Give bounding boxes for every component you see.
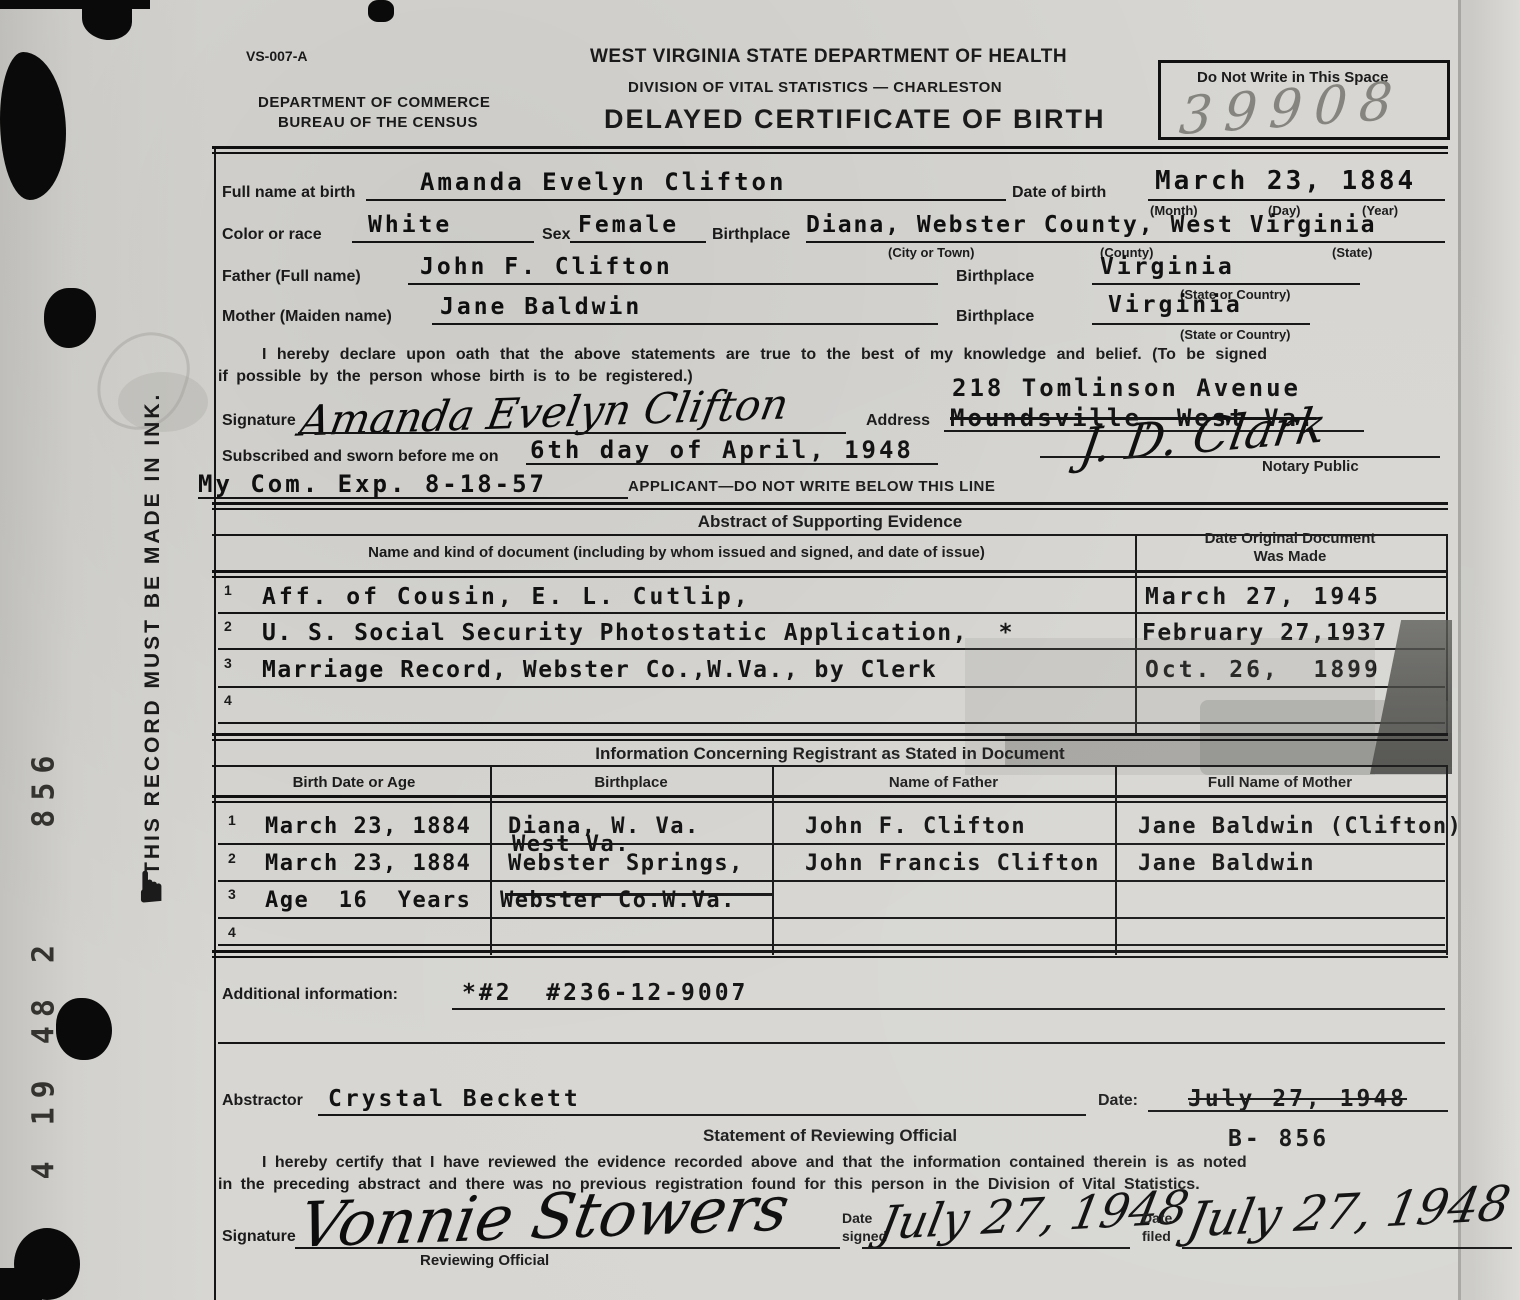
- evidence-row-date: Oct. 26, 1899: [1145, 657, 1381, 683]
- date-signed-line: [862, 1247, 1130, 1249]
- race-value: White: [368, 212, 452, 238]
- evidence-top-rule: [212, 502, 1448, 510]
- father-value: John F. Clifton: [420, 254, 673, 280]
- father-bp-line: [1092, 283, 1360, 285]
- evidence-row-line: [218, 722, 1445, 724]
- registrant-father: John Francis Clifton: [805, 851, 1100, 876]
- address-line1-value: 218 Tomlinson Avenue: [952, 374, 1301, 402]
- registrant-birth: March 23, 1884: [265, 851, 471, 876]
- punch-hole-lower-left: [56, 998, 112, 1060]
- declaration-line2: if possible by the person whose birth is…: [218, 368, 693, 386]
- top-mark: [368, 0, 394, 22]
- evidence-row-line: [218, 686, 1445, 688]
- sworn-line: [526, 463, 938, 465]
- registrant-divider-3: [1115, 765, 1117, 955]
- father-line: [408, 283, 938, 285]
- additional-info-line-2: [218, 1042, 1445, 1044]
- sex-value: Female: [578, 212, 679, 238]
- reviewing-official-sub: Reviewing Official: [420, 1252, 549, 1269]
- bp-sub-city: (City or Town): [888, 245, 974, 260]
- review-section-title: Statement of Reviewing Official: [212, 1126, 1448, 1146]
- mother-value: Jane Baldwin: [440, 294, 642, 320]
- registrant-row-num: 3: [228, 886, 236, 902]
- registrant-row-num: 4: [228, 924, 236, 940]
- father-label: Father (Full name): [222, 268, 361, 286]
- commission-value: My Com. Exp. 8-18-57: [198, 470, 547, 498]
- dob-value: March 23, 1884: [1155, 166, 1416, 196]
- mother-bp-sub: (State or Country): [1180, 327, 1291, 342]
- registrant-row-line: [218, 944, 1445, 946]
- registrant-section-title: Information Concerning Registrant as Sta…: [212, 744, 1448, 764]
- registrant-birthplace: Webster Co.W.Va.: [500, 888, 736, 913]
- birthplace-value: Diana, Webster County, West Virginia: [806, 212, 1377, 238]
- do-not-write-box: Do Not Write in This Space 39908: [1158, 60, 1450, 140]
- evidence-row-num: 4: [224, 692, 232, 708]
- father-bp-label: Birthplace: [956, 268, 1034, 286]
- evidence-col-divider: [1135, 534, 1137, 734]
- registrant-birth: Age 16 Years: [265, 888, 471, 913]
- mother-label: Mother (Maiden name): [222, 308, 392, 326]
- additional-info-value: *#2 #236-12-9007: [462, 980, 748, 1006]
- date-value: July 27, 1948: [1188, 1086, 1407, 1112]
- form-number: VS-007-A: [246, 48, 307, 64]
- notary-line: [1040, 456, 1440, 458]
- evidence-row-document: Marriage Record, Webster Co.,W.Va., by C…: [262, 657, 937, 683]
- scanned-birth-certificate: THIS RECORD MUST BE MADE IN INK. ☛ 4 19 …: [0, 0, 1520, 1300]
- agency-title: WEST VIRGINIA STATE DEPARTMENT OF HEALTH: [590, 46, 1067, 68]
- ink-notice-vertical: THIS RECORD MUST BE MADE IN INK.: [141, 405, 165, 875]
- date-filed-label-2: filed: [1142, 1228, 1171, 1244]
- bp-sub-state: (State): [1332, 245, 1372, 260]
- date-filed-line: [1182, 1247, 1512, 1249]
- birthplace-label: Birthplace: [712, 226, 790, 244]
- notary-title: Notary Public: [1262, 458, 1359, 475]
- registrant-mother: Jane Baldwin (Clifton): [1138, 814, 1462, 839]
- evidence-row-num: 1: [224, 582, 232, 598]
- registrant-bottom-rule: [212, 950, 1448, 958]
- registrant-row-line: [218, 917, 1445, 919]
- date-line: [1148, 1110, 1448, 1112]
- registrant-title-rule: [212, 765, 1448, 767]
- evidence-row-date: February 27,1937: [1142, 620, 1388, 646]
- department-line1: DEPARTMENT OF COMMERCE: [258, 94, 490, 111]
- punch-hole-top-left: [0, 52, 66, 200]
- registrant-col-father: Name of Father: [772, 774, 1115, 791]
- header-rule: [212, 146, 1448, 154]
- registrant-col-birth: Birth Date or Age: [218, 774, 490, 791]
- right-edge-shading: [1458, 0, 1520, 1300]
- registrant-col-mother: Full Name of Mother: [1115, 774, 1445, 791]
- commission-line: [198, 497, 628, 499]
- abstractor-label: Abstractor: [222, 1092, 303, 1110]
- applicant-warning: APPLICANT—DO NOT WRITE BELOW THIS LINE: [628, 478, 995, 495]
- sworn-label: Subscribed and sworn before me on: [222, 448, 499, 466]
- evidence-row-line: [218, 612, 1445, 614]
- additional-info-line: [452, 1008, 1445, 1010]
- dob-line: [1148, 199, 1445, 201]
- evidence-header-rule: [212, 570, 1448, 578]
- registrant-mother: Jane Baldwin: [1138, 851, 1315, 876]
- date-filed-label-1: Date: [1142, 1210, 1172, 1226]
- registrant-birth: March 23, 1884: [265, 814, 471, 839]
- certificate-title: DELAYED CERTIFICATE OF BIRTH: [604, 104, 1106, 135]
- registrant-top-rule: [212, 733, 1448, 741]
- top-edge-streak: [0, 0, 150, 9]
- mother-bp-line: [1092, 323, 1310, 325]
- declaration-line1: I hereby declare upon oath that the abov…: [262, 346, 1267, 364]
- birthplace-line: [806, 241, 1445, 243]
- evidence-row-num: 3: [224, 655, 232, 671]
- evidence-doc-col-header: Name and kind of document (including by …: [218, 544, 1135, 561]
- sworn-date-value: 6th day of April, 1948: [530, 436, 914, 464]
- sex-line: [570, 241, 706, 243]
- mother-bp-label: Birthplace: [956, 308, 1034, 326]
- dob-label: Date of birth: [1012, 184, 1106, 202]
- registrant-birthplace: Webster Springs,: [508, 851, 744, 876]
- signature-line: [298, 432, 846, 434]
- registrant-header-rule: [212, 795, 1448, 803]
- full-name-value: Amanda Evelyn Clifton: [420, 168, 786, 196]
- evidence-section-title: Abstract of Supporting Evidence: [212, 512, 1448, 532]
- race-line: [352, 241, 534, 243]
- evidence-row-document: Aff. of Cousin, E. L. Cutlip,: [262, 584, 751, 610]
- certify-line1: I hereby certify that I have reviewed th…: [262, 1154, 1247, 1172]
- registrant-divider-2: [772, 765, 774, 955]
- review-signature-line: [295, 1247, 840, 1249]
- sex-label: Sex: [542, 226, 570, 244]
- registrant-right-border: [1446, 765, 1448, 955]
- mother-bp-value: Virginia: [1108, 292, 1243, 318]
- registrant-row-line: [218, 843, 1445, 845]
- division-title: DIVISION OF VITAL STATISTICS — CHARLESTO…: [628, 79, 1002, 96]
- abstractor-value: Crystal Beckett: [328, 1086, 581, 1112]
- evidence-row-num: 2: [224, 618, 232, 634]
- review-signature-label: Signature: [222, 1228, 296, 1246]
- full-name-label: Full name at birth: [222, 184, 355, 202]
- punch-hole-mid-left: [44, 288, 96, 348]
- evidence-date-col-header-1: Date Original Document: [1135, 530, 1445, 547]
- edge-file-number: 4 19 48 2 856: [27, 760, 62, 1180]
- registrant-row-num: 2: [228, 850, 236, 866]
- date-filed-value: July 27, 1948: [1183, 1175, 1515, 1248]
- evidence-date-col-header-2: Was Made: [1135, 548, 1445, 565]
- registrant-father: John F. Clifton: [805, 814, 1026, 839]
- signature-label: Signature: [222, 412, 296, 430]
- address-label: Address: [866, 412, 930, 430]
- father-bp-value: Virginia: [1100, 254, 1235, 280]
- race-label: Color or race: [222, 226, 322, 244]
- abstractor-line: [318, 1114, 1086, 1116]
- evidence-row-document: U. S. Social Security Photostatic Applic…: [262, 620, 1014, 646]
- registrant-divider-1: [490, 765, 492, 955]
- additional-info-label: Additional information:: [222, 986, 398, 1004]
- mother-line: [432, 323, 938, 325]
- date-signed-label-1: Date: [842, 1210, 872, 1226]
- registrant-row-line: [218, 880, 1445, 882]
- registrant-col-birthplace: Birthplace: [490, 774, 772, 791]
- department-line2: BUREAU OF THE CENSUS: [278, 114, 478, 131]
- manicule-icon: ☛: [126, 868, 175, 906]
- evidence-row-line: [218, 648, 1445, 650]
- date-label: Date:: [1098, 1092, 1138, 1110]
- full-name-line: [366, 199, 1006, 201]
- evidence-row-date: March 27, 1945: [1145, 584, 1381, 610]
- evidence-right-border: [1446, 534, 1448, 734]
- registrant-row-num: 1: [228, 812, 236, 828]
